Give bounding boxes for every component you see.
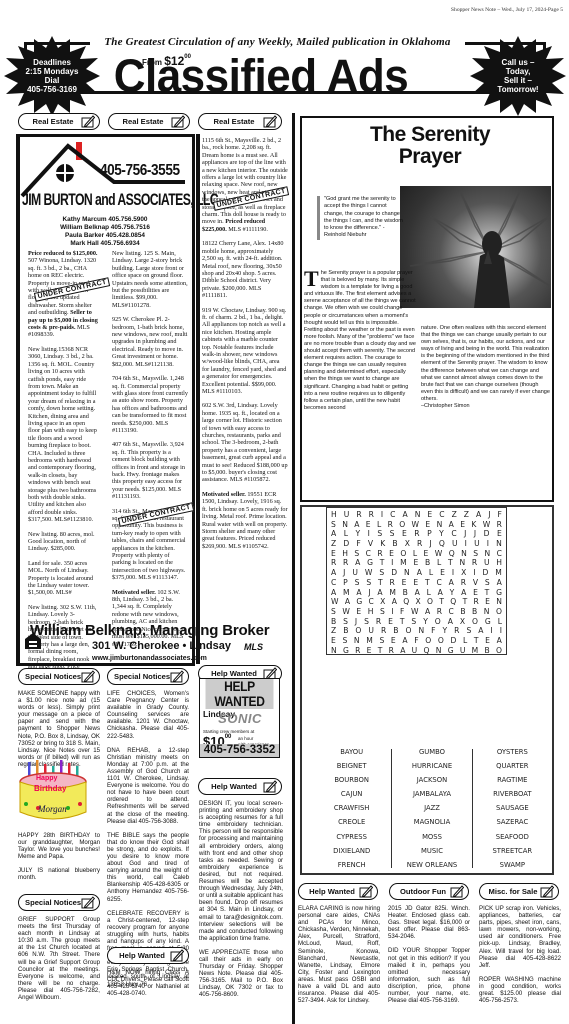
- cake-birthday-text: Birthday: [34, 784, 66, 793]
- birthday-cake-icon: [18, 760, 88, 826]
- grid-letter: A: [377, 588, 382, 598]
- grid-letter: E: [413, 558, 418, 568]
- pencil-pad-icon: [171, 115, 185, 128]
- grid-letter: O: [355, 626, 361, 636]
- grid-letter: K: [380, 539, 385, 549]
- grid-letter: S: [377, 529, 382, 539]
- burst-line: 2:15 Mondays: [26, 67, 79, 76]
- grid-letter: E: [413, 578, 418, 588]
- grid-letter: O: [435, 617, 441, 627]
- grid-letter: O: [405, 626, 411, 636]
- agent-line: William Belknap 405.756.7516: [40, 224, 170, 232]
- word-search-grid: HURRICANECZZAJFSNAELROWENAEKWRALYISSERPY…: [326, 507, 507, 655]
- grid-row: ESNMSEAFOODLTEA: [331, 636, 502, 646]
- section-label: Help Wanted: [299, 887, 359, 896]
- notice: JULY IS national blueberry month.: [18, 867, 100, 881]
- grid-letter: L: [377, 520, 381, 530]
- grid-row: NGRETRAUQNGUMBO: [331, 646, 502, 656]
- grid-row: CPSSTREETCARVSA: [331, 578, 502, 588]
- grid-letter: T: [474, 636, 479, 646]
- pencil-pad-icon: [540, 885, 554, 898]
- section-label: Misc. for Sale: [480, 887, 540, 896]
- pencil-pad-icon: [81, 896, 95, 909]
- grid-letter: G: [448, 646, 454, 656]
- grid-letter: N: [342, 520, 348, 530]
- office-address: 301 W. Cherokee • Lindsay: [92, 640, 231, 652]
- call-us-burst: Call us – Today, Sell it – Tomorrow!: [470, 36, 566, 116]
- grid-letter: N: [461, 549, 467, 559]
- grid-letter: E: [497, 529, 502, 539]
- grid-letter: X: [460, 617, 465, 627]
- grid-letter: L: [413, 549, 417, 559]
- search-word: CAJUN: [312, 787, 391, 801]
- grid-letter: S: [473, 549, 478, 559]
- grid-letter: V: [473, 578, 478, 588]
- grid-letter: A: [345, 597, 350, 607]
- column-rule: [292, 113, 295, 1024]
- grid-letter: R: [388, 520, 393, 530]
- listing: New listing. 125 S. Main, Lindsay. Large…: [112, 250, 188, 309]
- search-word: JACKSON: [392, 773, 471, 787]
- grid-letter: A: [354, 520, 359, 530]
- search-word: HURRICANE: [392, 759, 471, 773]
- grid-letter: D: [343, 539, 349, 549]
- section-header-help-wanted: Help Wanted: [198, 778, 282, 795]
- grid-letter: L: [427, 588, 431, 598]
- grid-letter: C: [390, 510, 395, 520]
- birthday-notice: HAPPY 28th BIRTHDAY to our granddaughter…: [18, 832, 100, 889]
- search-word: STREETCAR: [473, 844, 552, 858]
- agent-line: Paula Barker 405.428.0854: [40, 232, 170, 240]
- grid-letter: L: [344, 529, 348, 539]
- drop-cap: T: [304, 270, 319, 288]
- grid-letter: F: [356, 539, 360, 549]
- grid-letter: I: [381, 510, 383, 520]
- grid-letter: R: [389, 646, 394, 656]
- grid-letter: A: [356, 588, 361, 598]
- grid-letter: E: [425, 520, 430, 530]
- grid-letter: K: [471, 520, 476, 530]
- grid-letter: B: [392, 539, 397, 549]
- grid-letter: Q: [423, 646, 429, 656]
- grid-letter: M: [343, 588, 350, 598]
- grid-letter: U: [368, 626, 374, 636]
- word-column: BAYOUBEIGNETBOURBONCAJUNCRAWFISHCREOLECY…: [312, 745, 391, 872]
- pencil-pad-icon: [170, 670, 184, 683]
- grid-row: HURRICANECZZAJF: [331, 510, 502, 520]
- grid-letter: W: [365, 568, 373, 578]
- section-label: Help Wanted: [108, 951, 170, 960]
- pencil-pad-icon: [81, 670, 95, 683]
- jim-burton-company: JIM BURTON and ASSOCIATES, LLC: [22, 190, 218, 210]
- mls-logo: MLS: [244, 642, 263, 652]
- grid-letter: S: [366, 578, 371, 588]
- grid-letter: N: [496, 539, 502, 549]
- grid-letter: N: [354, 636, 360, 646]
- notice: DNA REHAB, a 12-step Christian ministry …: [107, 747, 189, 825]
- serenity-quote: "God grant me the serenity to accept the…: [317, 196, 403, 240]
- grid-letter: S: [354, 549, 359, 559]
- grid-letter: R: [356, 510, 361, 520]
- grid-letter: R: [390, 578, 395, 588]
- grid-letter: A: [331, 588, 336, 598]
- grid-letter: S: [331, 520, 336, 530]
- grid-letter: A: [438, 588, 443, 598]
- grid-letter: S: [355, 578, 360, 588]
- section-label: Real Estate: [199, 117, 263, 126]
- grid-letter: J: [488, 510, 490, 520]
- grid-letter: A: [331, 568, 336, 578]
- grid-letter: W: [342, 607, 350, 617]
- sonic-logo: SONIC: [210, 711, 270, 726]
- grid-letter: A: [400, 646, 405, 656]
- section-header-special-notices: Special Notices: [18, 894, 100, 911]
- burst-line: Dial: [45, 76, 60, 85]
- grid-letter: R: [376, 617, 381, 627]
- word-search-word-list: BAYOUBEIGNETBOURBONCAJUNCRAWFISHCREOLECY…: [312, 745, 552, 872]
- grid-letter: P: [343, 578, 348, 588]
- grid-letter: B: [331, 617, 336, 627]
- pencil-pad-icon: [81, 115, 95, 128]
- grid-letter: O: [399, 520, 405, 530]
- grid-letter: A: [417, 568, 422, 578]
- hm-now-ad: H&M NOW hiring Class A CDL Drivers. Plea…: [107, 969, 189, 997]
- grid-letter: A: [402, 636, 407, 646]
- grid-letter: U: [344, 510, 350, 520]
- grid-letter: I: [452, 568, 454, 578]
- search-word: NEW ORLEANS: [392, 858, 471, 872]
- section-header-help-wanted: Help Wanted: [107, 947, 189, 964]
- grid-letter: O: [472, 617, 478, 627]
- sonic-headline: HELP WANTED: [206, 679, 274, 709]
- grid-letter: E: [391, 636, 396, 646]
- section-header-real-estate: Real Estate: [108, 113, 190, 130]
- masthead-tagline: The Greatest Circulation of any Weekly, …: [90, 36, 465, 48]
- grid-letter: O: [496, 646, 502, 656]
- title-line: The Serenity: [310, 124, 550, 146]
- grid-letter: A: [461, 588, 466, 598]
- agent-line: Kathy Marcum 405.756.5900: [40, 216, 170, 224]
- grid-letter: H: [496, 558, 502, 568]
- birthday-cake-image: Happy Birthday Morgan: [18, 760, 88, 826]
- grid-letter: R: [472, 558, 477, 568]
- pencil-pad-icon: [359, 885, 373, 898]
- grid-letter: H: [342, 549, 348, 559]
- praying-silhouette-icon: [400, 186, 551, 308]
- grid-letter: R: [355, 646, 360, 656]
- notice: ROPER WASHING machine in good condition,…: [479, 976, 561, 1004]
- grid-letter: A: [355, 558, 360, 568]
- grid-letter: T: [448, 558, 453, 568]
- grid-letter: A: [449, 578, 454, 588]
- grid-letter: I: [473, 568, 475, 578]
- search-word: MOSS: [392, 830, 471, 844]
- grid-letter: R: [474, 597, 479, 607]
- grid-letter: U: [484, 558, 490, 568]
- grid-letter: Y: [355, 529, 360, 539]
- serenity-title: The Serenity Prayer: [310, 124, 550, 168]
- section-header-outdoor-fun: Outdoor Fun: [389, 883, 469, 900]
- grid-letter: S: [342, 636, 347, 646]
- grid-letter: Y: [423, 617, 428, 627]
- grid-letter: U: [352, 568, 358, 578]
- grid-letter: O: [400, 549, 406, 559]
- grid-letter: B: [393, 626, 398, 636]
- grid-letter: N: [485, 549, 491, 559]
- grid-letter: R: [461, 578, 466, 588]
- praying-woman-image: [400, 186, 551, 308]
- burst-line: Call us –: [502, 58, 535, 67]
- notice: WE APPRECIATE those who call their ads i…: [199, 949, 283, 999]
- grid-letter: Z: [331, 539, 336, 549]
- search-word: OYSTERS: [473, 745, 552, 759]
- nice-note-ad: MAKE SOMEONE happy with a $1.00 nice not…: [18, 690, 100, 768]
- grid-letter: E: [473, 588, 478, 598]
- grid-letter: J: [464, 529, 466, 539]
- grief-support-notice: GRIEF SUPPORT Group meets the first Thur…: [18, 916, 100, 1001]
- grid-letter: O: [427, 597, 433, 607]
- grid-letter: U: [452, 539, 458, 549]
- grid-letter: D: [450, 636, 456, 646]
- grid-letter: Y: [450, 588, 455, 598]
- search-word: SAZERAC: [473, 815, 552, 829]
- grid-letter: H: [368, 607, 374, 617]
- grid-letter: E: [367, 646, 372, 656]
- listing-column-2: New listing. 125 S. Main, Lindsay. Large…: [112, 250, 188, 655]
- grid-letter: C: [369, 597, 374, 607]
- grid-letter: N: [459, 558, 465, 568]
- grid-letter: T: [463, 597, 468, 607]
- grid-letter: T: [485, 588, 490, 598]
- grid-letter: N: [404, 568, 410, 578]
- grid-letter: L: [498, 617, 502, 627]
- serenity-author: –Christopher Simon: [421, 403, 551, 410]
- grid-letter: Q: [449, 549, 455, 559]
- search-word: CRAWFISH: [312, 801, 391, 815]
- pencil-pad-icon: [170, 949, 184, 962]
- grid-letter: J: [429, 539, 431, 549]
- burst-line: Deadlines: [33, 58, 71, 67]
- grid-letter: A: [476, 510, 481, 520]
- grid-letter: Q: [450, 597, 456, 607]
- notice: THE BIBLE says the people that do know t…: [107, 832, 189, 903]
- grid-letter: W: [483, 520, 491, 530]
- grid-letter: R: [343, 558, 348, 568]
- search-word: CREOLE: [312, 815, 391, 829]
- grid-letter: I: [391, 558, 393, 568]
- grid-letter: S: [364, 617, 369, 627]
- grid-letter: U: [474, 539, 480, 549]
- grid-row: ALYISSERPYCJJDE: [331, 529, 502, 539]
- managing-broker: William Belknap, Managing Broker: [30, 622, 269, 639]
- search-word: DIXIELAND: [312, 844, 391, 858]
- pencil-pad-icon: [450, 885, 464, 898]
- grid-letter: N: [496, 597, 502, 607]
- listing: Motivated seller. 19551 ECR 1500, Lindsa…: [202, 491, 288, 550]
- search-word: FRENCH: [312, 858, 391, 872]
- section-header-misc-for-sale: Misc. for Sale: [479, 883, 559, 900]
- grid-letter: G: [485, 617, 491, 627]
- grid-row: AJUWSDNALEIXIDM: [331, 568, 502, 578]
- grid-letter: V: [368, 539, 373, 549]
- column-divider: [196, 134, 200, 664]
- grid-letter: Q: [403, 597, 409, 607]
- grid-letter: F: [431, 626, 435, 636]
- grid-letter: A: [425, 607, 430, 617]
- grid-letter: E: [402, 529, 407, 539]
- grid-letter: X: [461, 568, 466, 578]
- grid-row: ZDFVKBXRJQUIUIN: [331, 539, 502, 549]
- grid-letter: S: [485, 578, 490, 588]
- grid-letter: D: [482, 568, 488, 578]
- notice: HAPPY 28th BIRTHDAY to our granddaughter…: [18, 832, 100, 860]
- grid-letter: E: [460, 520, 465, 530]
- listing: 919 W. Choctaw, Lindsay. 900 sq. ft. of …: [202, 307, 288, 396]
- grid-letter: R: [331, 558, 336, 568]
- misc-for-sale-column: PICK UP scrap iron. Vehicles, appliances…: [479, 905, 561, 1011]
- grid-letter: B: [343, 626, 348, 636]
- grid-letter: N: [415, 510, 421, 520]
- grid-letter: M: [472, 646, 479, 656]
- section-header-real-estate: Real Estate: [198, 113, 282, 130]
- title-line: Prayer: [310, 146, 550, 168]
- grid-letter: G: [356, 597, 362, 607]
- sonic-help-wanted-ad: HELP WANTED Lindsay SONIC Starting crew …: [199, 678, 280, 758]
- elara-caring-ad: ELARA CARING is now hiring personal care…: [298, 905, 380, 1004]
- grid-letter: U: [460, 646, 466, 656]
- grid-letter: N: [437, 520, 443, 530]
- grid-letter: N: [331, 646, 337, 656]
- grid-letter: D: [484, 529, 490, 539]
- grid-letter: C: [451, 529, 456, 539]
- word-column: GUMBOHURRICANEJACKSONJAMBALAYAJAZZMAGNOL…: [392, 745, 471, 872]
- grid-letter: I: [368, 529, 370, 539]
- section-header-special-notices: Special Notices: [107, 668, 189, 685]
- search-word: BOURBON: [312, 773, 391, 787]
- grid-letter: J: [474, 529, 476, 539]
- search-word: RIVERBOAT: [473, 787, 552, 801]
- grid-letter: E: [423, 549, 428, 559]
- grid-letter: E: [440, 568, 445, 578]
- grid-letter: M: [400, 558, 407, 568]
- grid-letter: Q: [439, 539, 445, 549]
- grid-letter: S: [380, 607, 385, 617]
- grid-letter: E: [389, 549, 394, 559]
- search-word: CYPRESS: [312, 830, 391, 844]
- agent-list: Kathy Marcum 405.756.5900 William Belkna…: [40, 216, 170, 248]
- listing: 1115 6th St., Maysville. 2 bd., 2 ba., r…: [202, 137, 288, 233]
- search-word: QUARTER: [473, 759, 552, 773]
- help-wanted-column-3: DESIGN IT, you local screen-printing and…: [199, 800, 283, 1006]
- deadline-burst: Deadlines 2:15 Mondays Dial 405-756-3169: [4, 36, 100, 116]
- grid-letter: P: [427, 529, 432, 539]
- grid-letter: S: [466, 626, 471, 636]
- grid-letter: G: [367, 558, 373, 568]
- grid-letter: N: [418, 626, 424, 636]
- grid-letter: T: [380, 558, 385, 568]
- grid-letter: S: [379, 568, 384, 578]
- grid-letter: A: [497, 636, 502, 646]
- search-word: GUMBO: [392, 745, 471, 759]
- section-label: Real Estate: [109, 117, 171, 126]
- grid-letter: Z: [452, 510, 457, 520]
- grid-letter: M: [389, 588, 396, 598]
- agent-line: Mark Hall 405.756.6934: [40, 240, 170, 248]
- search-word: MUSIC: [392, 844, 471, 858]
- search-word: RAGTIME: [473, 773, 552, 787]
- section-label: Special Notices: [19, 672, 81, 681]
- grid-letter: Z: [331, 626, 336, 636]
- grid-letter: W: [412, 520, 420, 530]
- grid-letter: A: [497, 578, 502, 588]
- grid-letter: U: [412, 646, 418, 656]
- grid-letter: E: [402, 578, 407, 588]
- grid-row: ZBOURBONFYRSAII: [331, 626, 502, 636]
- grid-letter: F: [498, 510, 502, 520]
- grid-letter: B: [403, 588, 408, 598]
- grid-letter: J: [355, 617, 357, 627]
- notice: LIFE CHOICES, Women's Care Pregnancy Cen…: [107, 690, 189, 740]
- page-title: Classified Ads: [96, 54, 426, 100]
- grid-letter: I: [391, 607, 393, 617]
- section-label: Special Notices: [108, 672, 170, 681]
- grid-letter: I: [500, 626, 502, 636]
- grid-letter: T: [439, 597, 444, 607]
- grid-letter: N: [484, 607, 490, 617]
- notice: 2015 JD Gator 825i. Winch. Heater. Enclo…: [388, 905, 470, 940]
- grid-letter: L: [463, 636, 467, 646]
- search-word: JAMBALAYA: [392, 787, 471, 801]
- listing: 407 6th St., Maysville. 3,924 sq. ft. Th…: [112, 441, 188, 500]
- grid-letter: N: [436, 646, 442, 656]
- grid-letter: W: [435, 549, 443, 559]
- website-link[interactable]: www.jimburtonandassociates.com: [92, 655, 207, 662]
- grid-letter: R: [417, 539, 422, 549]
- grid-letter: I: [487, 539, 489, 549]
- grid-letter: E: [356, 607, 361, 617]
- grid-letter: S: [390, 529, 395, 539]
- grid-letter: O: [438, 636, 444, 646]
- section-label: Help Wanted: [199, 669, 263, 678]
- grid-letter: Y: [439, 529, 444, 539]
- grid-letter: E: [331, 636, 336, 646]
- grid-letter: A: [449, 520, 454, 530]
- grid-letter: R: [369, 510, 374, 520]
- burst-line: Sell it –: [504, 76, 532, 85]
- jim-burton-phone: 405-756-3555: [100, 162, 180, 180]
- grid-row: BSJSRETSYOAXOGL: [331, 617, 502, 627]
- grid-letter: H: [331, 510, 337, 520]
- grid-letter: E: [427, 510, 432, 520]
- section-label: Real Estate: [19, 117, 81, 126]
- grid-letter: L: [437, 558, 441, 568]
- listing: 602 S.W. 3rd, Lindsay. Lovely home. 1935…: [202, 402, 288, 483]
- grid-letter: C: [439, 510, 444, 520]
- grid-letter: A: [415, 588, 420, 598]
- burst-line: Tomorrow!: [497, 85, 538, 94]
- grid-letter: E: [331, 549, 336, 559]
- grid-letter: R: [414, 529, 419, 539]
- notice: DID YOUR Shopper Topper not get in this …: [388, 947, 470, 1004]
- grid-letter: A: [448, 617, 453, 627]
- burst-line: Today,: [506, 67, 531, 76]
- grid-letter: A: [403, 510, 408, 520]
- notice: PICK UP scrap iron. Vehicles, appliances…: [479, 905, 561, 969]
- grid-letter: S: [331, 607, 336, 617]
- grid-letter: M: [495, 568, 502, 578]
- grid-letter: S: [411, 617, 416, 627]
- grid-letter: E: [485, 636, 490, 646]
